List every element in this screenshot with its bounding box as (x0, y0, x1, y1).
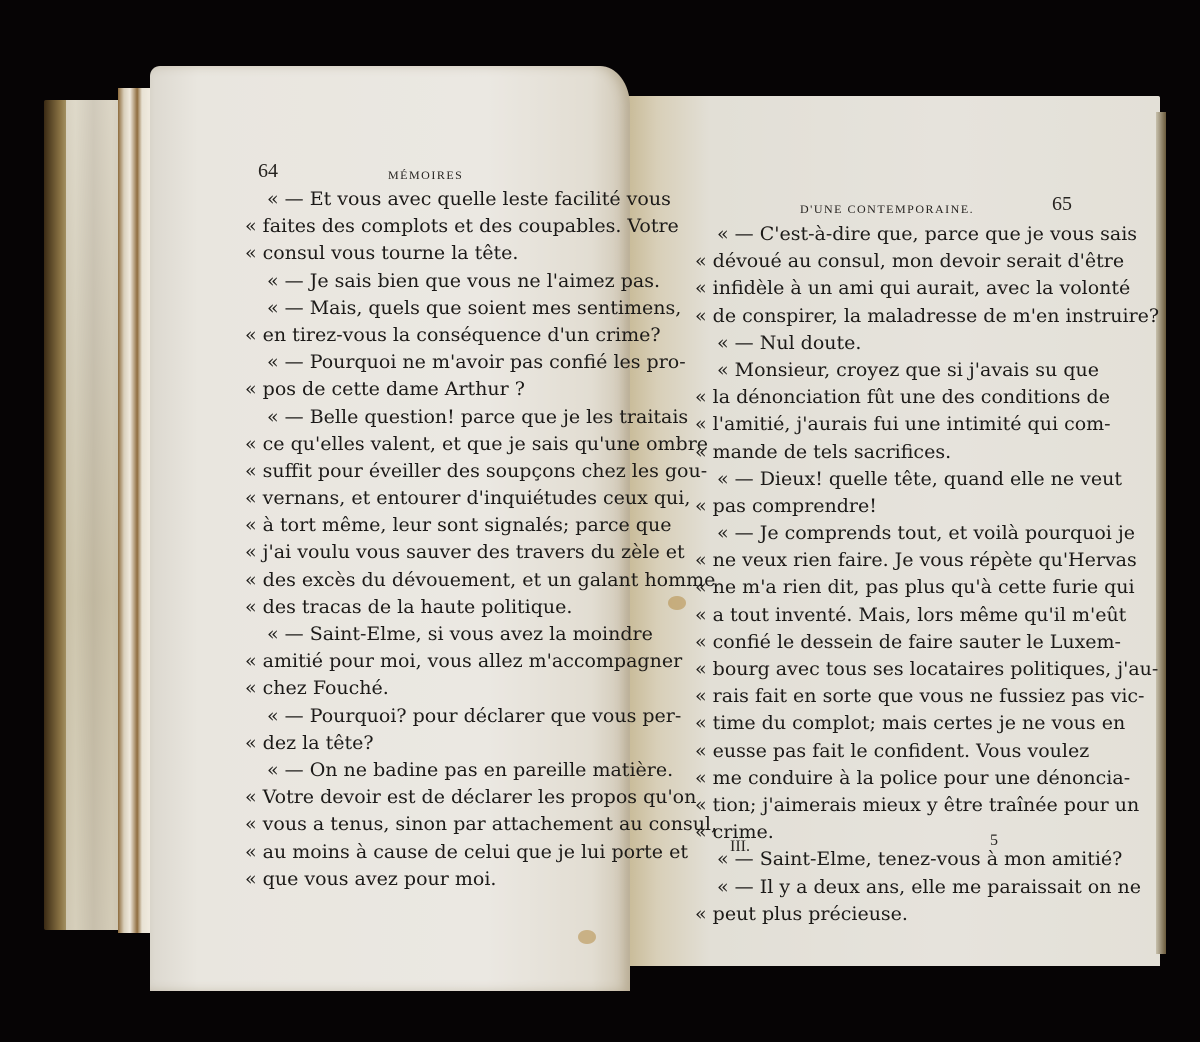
text-line: « de conspirer, la maladresse de m'en in… (695, 303, 1085, 330)
text-line: « à tort même, leur sont signalés; parce… (245, 512, 617, 539)
text-line: « ne veux rien faire. Je vous répète qu'… (695, 547, 1085, 574)
text-line: « dez la tête? (245, 730, 617, 757)
text-line: « time du complot; mais certes je ne vou… (695, 710, 1085, 737)
text-line: « ne m'a rien dit, pas plus qu'à cette f… (695, 574, 1085, 601)
text-line: « Monsieur, croyez que si j'avais su que (695, 357, 1085, 384)
text-line: « chez Fouché. (245, 675, 617, 702)
text-line: « l'amitié, j'aurais fui une intimité qu… (695, 411, 1085, 438)
left-page-body: « — Et vous avec quelle leste facilité v… (245, 186, 617, 893)
text-line: « des tracas de la haute politique. (245, 594, 617, 621)
gathering-mark: 5 (990, 832, 998, 849)
right-page-edge (1156, 112, 1166, 954)
page-number: 64 (258, 160, 278, 182)
text-line: « amitié pour moi, vous allez m'accompag… (245, 648, 617, 675)
marbled-endpaper (66, 100, 126, 930)
photo-scene: 64 MÉMOIRES D'UNE CONTEMPORAINE. 65 « — … (0, 0, 1200, 1042)
text-line: « bourg avec tous ses locataires politiq… (695, 656, 1085, 683)
text-line: « infidèle à un ami qui aurait, avec la … (695, 275, 1085, 302)
text-line: « pos de cette dame Arthur ? (245, 376, 617, 403)
text-line: « — Pourquoi? pour déclarer que vous per… (245, 703, 617, 730)
text-line: « — Belle question! parce que je les tra… (245, 404, 617, 431)
text-line: « faites des complots et des coupables. … (245, 213, 617, 240)
text-line: « consul vous tourne la tête. (245, 240, 617, 267)
left-running-head: MÉMOIRES (388, 166, 463, 184)
text-line: « dévoué au consul, mon devoir serait d'… (695, 248, 1085, 275)
text-line: « suffit pour éveiller des soupçons chez… (245, 458, 617, 485)
text-line: « j'ai voulu vous sauver des travers du … (245, 539, 617, 566)
signature-volume: III. (730, 838, 750, 856)
text-line: « — Pourquoi ne m'avoir pas confié les p… (245, 349, 617, 376)
text-line: « tion; j'aimerais mieux y être traînée … (695, 792, 1085, 819)
text-line: « a tout inventé. Mais, lors même qu'il … (695, 602, 1085, 629)
text-line: « — Mais, quels que soient mes sentimens… (245, 295, 617, 322)
text-line: « — C'est-à-dire que, parce que je vous … (695, 221, 1085, 248)
text-line: « vous a tenus, sinon par attachement au… (245, 811, 617, 838)
text-line: « peut plus précieuse. (695, 901, 1085, 928)
right-running-head: D'UNE CONTEMPORAINE. (800, 200, 974, 218)
running-head: MÉMOIRES (388, 168, 463, 182)
text-line: « ce qu'elles valent, et que je sais qu'… (245, 431, 617, 458)
running-head: D'UNE CONTEMPORAINE. (800, 202, 974, 216)
text-line: « confié le dessein de faire sauter le L… (695, 629, 1085, 656)
text-line: « — Nul doute. (695, 330, 1085, 357)
text-line: « — Saint-Elme, si vous avez la moindre (245, 621, 617, 648)
text-line: « — Il y a deux ans, elle me paraissait … (695, 874, 1085, 901)
volume-mark: III. (730, 838, 750, 855)
text-line: « que vous avez pour moi. (245, 866, 617, 893)
text-line: « mande de tels sacrifices. (695, 439, 1085, 466)
text-line: « me conduire à la police pour une dénon… (695, 765, 1085, 792)
text-line: « rais fait en sorte que vous ne fussiez… (695, 683, 1085, 710)
text-line: « au moins à cause de celui que je lui p… (245, 839, 617, 866)
right-page-number: 65 (1052, 193, 1072, 216)
foxing-stain (578, 930, 596, 944)
text-line: « eusse pas fait le confident. Vous voul… (695, 738, 1085, 765)
text-line: « des excès du dévouement, et un galant … (245, 567, 617, 594)
right-page-body: « — C'est-à-dire que, parce que je vous … (695, 221, 1085, 928)
page-number: 65 (1052, 193, 1072, 215)
text-line: « — Je sais bien que vous ne l'aimez pas… (245, 268, 617, 295)
text-line: « en tirez-vous la conséquence d'un crim… (245, 322, 617, 349)
text-line: « la dénonciation fût une des conditions… (695, 384, 1085, 411)
text-line: « — Saint-Elme, tenez-vous à mon amitié? (695, 846, 1085, 873)
left-page-number: 64 (258, 160, 278, 183)
text-line: « — On ne badine pas en pareille matière… (245, 757, 617, 784)
text-line: « — Dieux! quelle tête, quand elle ne ve… (695, 466, 1085, 493)
text-line: « — Je comprends tout, et voilà pourquoi… (695, 520, 1085, 547)
foxing-stain (668, 596, 686, 610)
text-line: « pas comprendre! (695, 493, 1085, 520)
signature-mark: 5 (990, 832, 998, 850)
text-line: « — Et vous avec quelle leste facilité v… (245, 186, 617, 213)
text-line: « Votre devoir est de déclarer les propo… (245, 784, 617, 811)
text-line: « vernans, et entourer d'inquiétudes ceu… (245, 485, 617, 512)
text-line: « crime. (695, 819, 1085, 846)
